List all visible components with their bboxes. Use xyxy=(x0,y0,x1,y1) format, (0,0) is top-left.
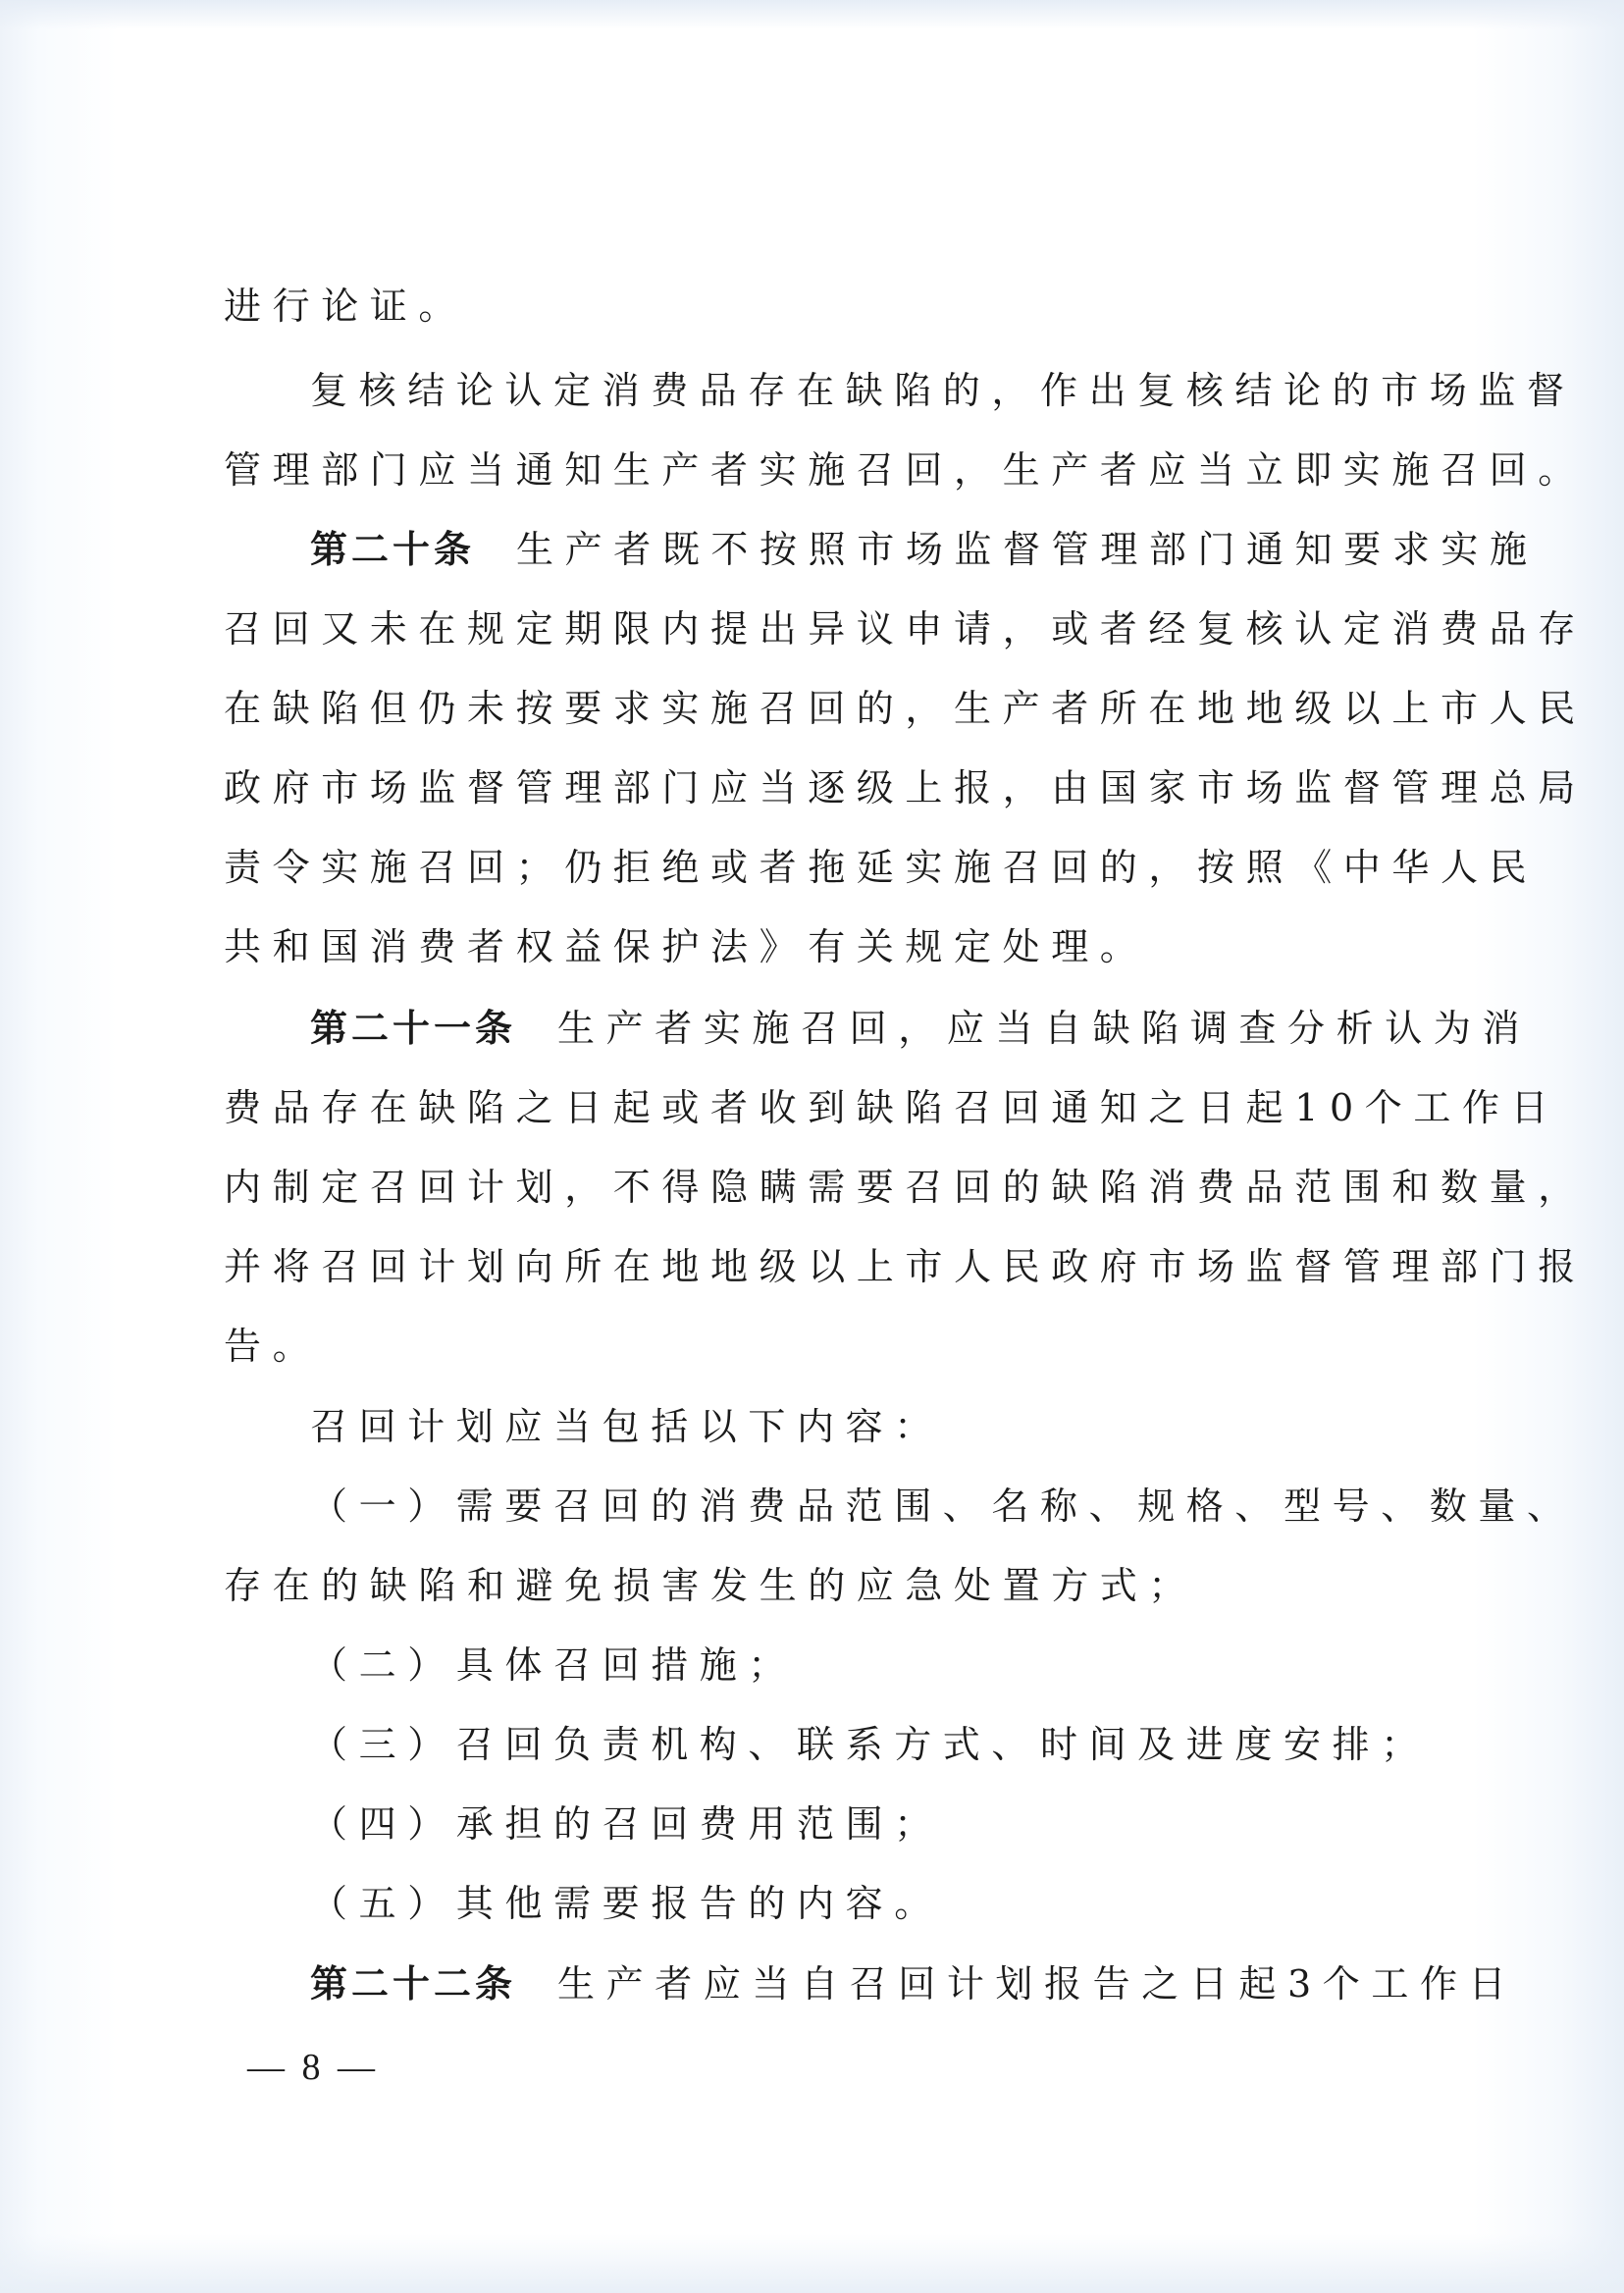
line-text: 共和国消费者权益保护法》有关规定处理。 xyxy=(224,925,1148,968)
paragraph-line: 进行论证。 xyxy=(224,283,467,330)
paragraph-line: 召回计划应当包括以下内容： xyxy=(310,1403,943,1450)
line-text: 进行论证。 xyxy=(224,285,467,328)
article-22-line: 第二十二条生产者应当自召回计划报告之日起3个工作日 xyxy=(310,1960,1517,2007)
paragraph-line: 存在的缺陷和避免损害发生的应急处置方式； xyxy=(224,1562,1197,1609)
paragraph-line: 告。 xyxy=(224,1323,321,1370)
list-item: （四）承担的召回费用范围； xyxy=(310,1800,943,1848)
line-text: （五）其他需要报告的内容。 xyxy=(310,1882,943,1925)
line-text: 并将召回计划向所在地地级以上市人民政府市场监督管理部门报 xyxy=(224,1245,1587,1288)
line-text: （二）具体召回措施； xyxy=(310,1643,797,1687)
line-text: 管理部门应当通知生产者实施召回，生产者应当立即实施召回。 xyxy=(224,448,1587,492)
article-heading: 第二十一条 xyxy=(310,1007,516,1050)
line-text: 告。 xyxy=(224,1325,321,1368)
paragraph-line: 在缺陷但仍未按要求实施召回的，生产者所在地地级以上市人民 xyxy=(224,685,1587,732)
paragraph-line: 政府市场监督管理部门应当逐级上报，由国家市场监督管理总局 xyxy=(224,764,1587,811)
paragraph-line: 责令实施召回；仍拒绝或者拖延实施召回的，按照《中华人民 xyxy=(224,844,1538,891)
line-text: 政府市场监督管理部门应当逐级上报，由国家市场监督管理总局 xyxy=(224,766,1587,809)
line-text: 内制定召回计划，不得隐瞒需要召回的缺陷消费品范围和数量， xyxy=(224,1166,1587,1209)
scan-edge-bottom xyxy=(0,2234,1624,2293)
article-21-line: 第二十一条生产者实施召回，应当自缺陷调查分析认为消 xyxy=(310,1005,1531,1052)
line-text: （一）需要召回的消费品范围、名称、规格、型号、数量、 xyxy=(310,1485,1576,1528)
article-20-line: 第二十条生产者既不按照市场监督管理部门通知要求实施 xyxy=(310,526,1539,573)
line-text: 召回又未在规定期限内提出异议申请，或者经复核认定消费品存 xyxy=(224,607,1587,651)
line-text: 责令实施召回；仍拒绝或者拖延实施召回的，按照《中华人民 xyxy=(224,846,1538,889)
list-item: （五）其他需要报告的内容。 xyxy=(310,1880,943,1927)
paragraph-line: 管理部门应当通知生产者实施召回，生产者应当立即实施召回。 xyxy=(224,446,1587,494)
scan-edge-top xyxy=(0,0,1624,29)
list-item: （一）需要召回的消费品范围、名称、规格、型号、数量、 xyxy=(310,1483,1576,1530)
article-heading: 第二十二条 xyxy=(310,1962,516,2006)
paragraph-line: 并将召回计划向所在地地级以上市人民政府市场监督管理部门报 xyxy=(224,1243,1587,1290)
article-heading: 第二十条 xyxy=(310,528,475,571)
line-text: （四）承担的召回费用范围； xyxy=(310,1802,943,1846)
line-text: 生产者实施召回，应当自缺陷调查分析认为消 xyxy=(557,1007,1531,1050)
line-text: 生产者应当自召回计划报告之日起3个工作日 xyxy=(557,1962,1517,2006)
list-item: （二）具体召回措施； xyxy=(310,1642,797,1689)
line-text: 在缺陷但仍未按要求实施召回的，生产者所在地地级以上市人民 xyxy=(224,687,1587,730)
paragraph-line: 召回又未在规定期限内提出异议申请，或者经复核认定消费品存 xyxy=(224,605,1587,652)
line-text: （三）召回负责机构、联系方式、时间及进度安排； xyxy=(310,1723,1430,1766)
line-text: 存在的缺陷和避免损害发生的应急处置方式； xyxy=(224,1564,1197,1607)
line-text: 召回计划应当包括以下内容： xyxy=(310,1405,943,1448)
paragraph-line: 共和国消费者权益保护法》有关规定处理。 xyxy=(224,923,1148,970)
line-text: 费品存在缺陷之日起或者收到缺陷召回通知之日起10个工作日 xyxy=(224,1086,1559,1129)
line-text: 复核结论认定消费品存在缺陷的，作出复核结论的市场监督 xyxy=(310,369,1576,412)
paragraph-line: 内制定召回计划，不得隐瞒需要召回的缺陷消费品范围和数量， xyxy=(224,1164,1587,1211)
paragraph-line: 复核结论认定消费品存在缺陷的，作出复核结论的市场监督 xyxy=(310,367,1576,414)
line-text: 生产者既不按照市场监督管理部门通知要求实施 xyxy=(516,528,1539,571)
page-number: — 8 — xyxy=(247,2044,379,2091)
list-item: （三）召回负责机构、联系方式、时间及进度安排； xyxy=(310,1721,1430,1768)
paragraph-line: 费品存在缺陷之日起或者收到缺陷召回通知之日起10个工作日 xyxy=(224,1084,1559,1131)
scanned-page: 进行论证。 复核结论认定消费品存在缺陷的，作出复核结论的市场监督 管理部门应当通… xyxy=(0,0,1624,2293)
